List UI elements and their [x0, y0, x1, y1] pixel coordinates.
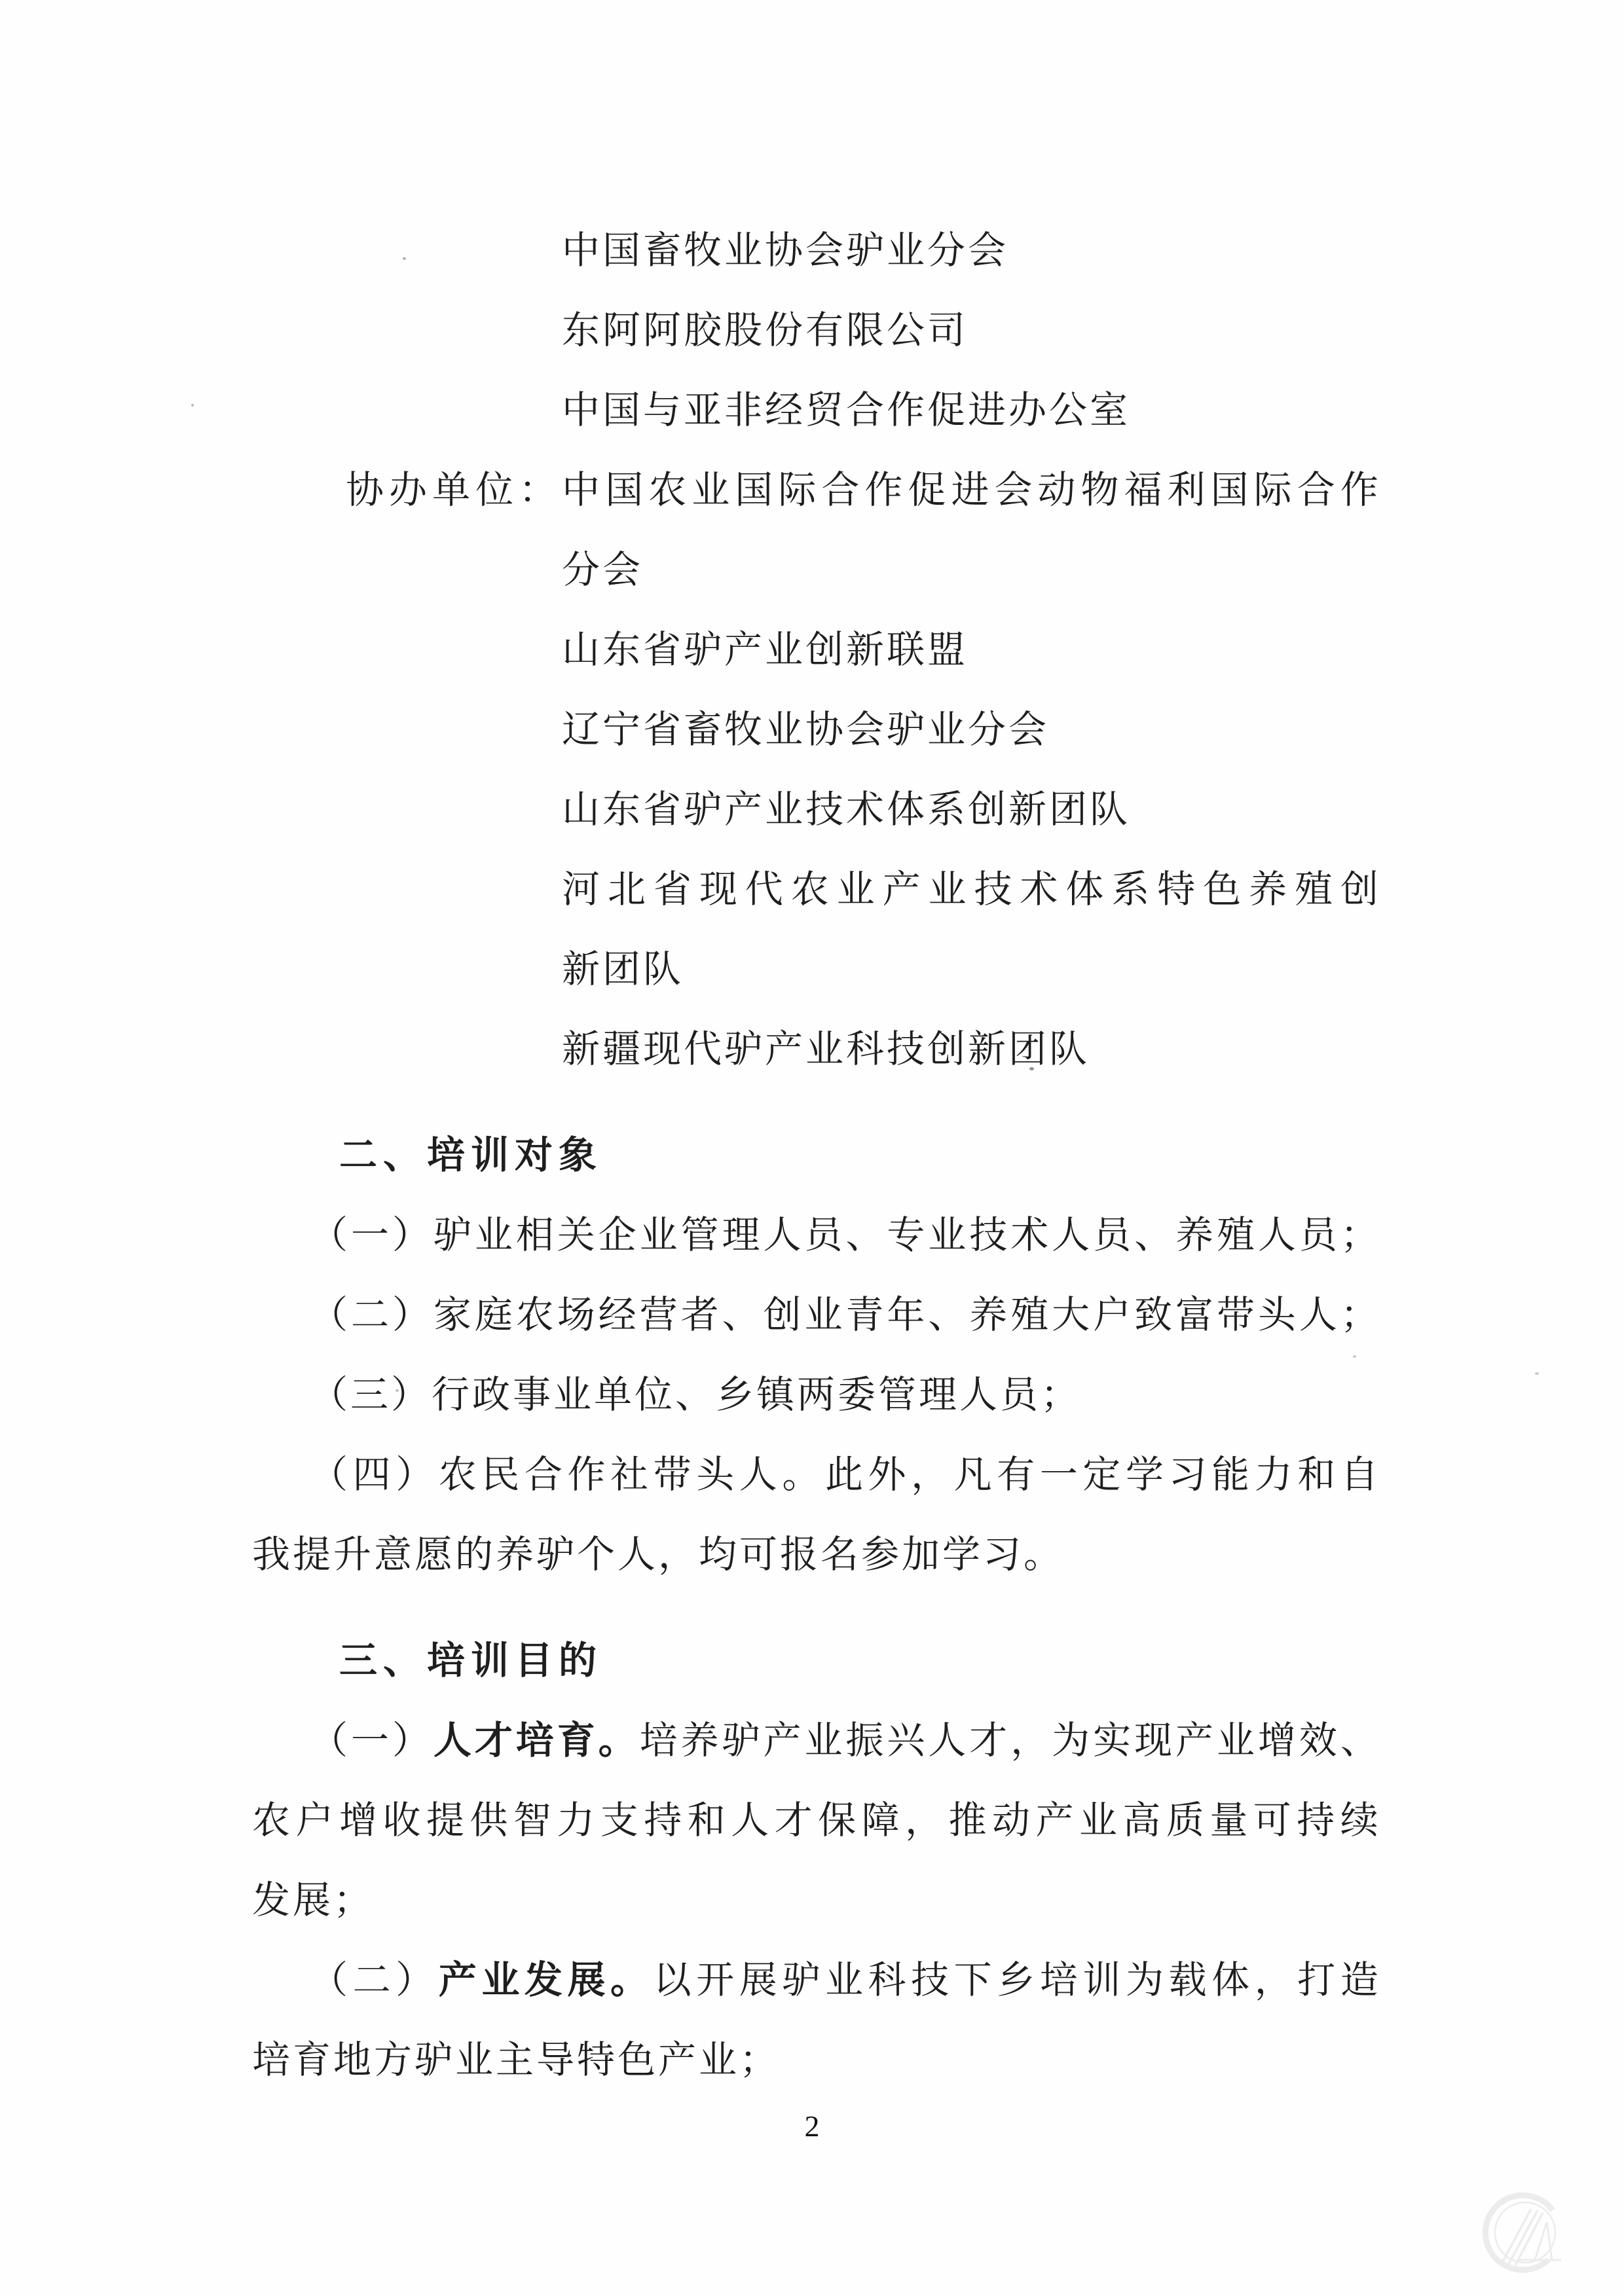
text-run: ， — [1010, 1701, 1048, 1781]
text-run: 续 — [1340, 1781, 1378, 1861]
text-run: 养 — [1175, 1195, 1213, 1275]
text-run: 企 — [599, 1195, 637, 1275]
text-run: 作 — [1340, 450, 1378, 530]
text-line: （三）行政事业单位、乡镇两委管理人员； — [252, 1355, 1378, 1435]
text-run: 产 — [883, 850, 921, 930]
text-run: 可 — [1253, 1781, 1291, 1861]
text-run: 国 — [1211, 450, 1249, 530]
text-run: 体 — [1211, 1941, 1249, 2020]
text-run: 人 — [731, 1781, 769, 1861]
text-run: 农 — [439, 1435, 477, 1515]
text-run: 系 — [1111, 850, 1149, 930]
text-run: 致 — [1134, 1275, 1172, 1355]
text-run: 定 — [1082, 1435, 1120, 1515]
text-run: 、 — [1134, 1195, 1172, 1275]
text-run: 大 — [1052, 1275, 1090, 1355]
text-run: 代 — [745, 850, 783, 930]
text-run: 为 — [1126, 1941, 1164, 2020]
text-run: 有 — [997, 1435, 1035, 1515]
text-run: 术 — [1020, 850, 1058, 930]
text-run: 现 — [699, 850, 737, 930]
bold-text-run: 才 — [475, 1701, 513, 1781]
text-run: 增 — [1258, 1701, 1296, 1781]
text-run: 增 — [339, 1781, 377, 1861]
text-run: ， — [1255, 1941, 1293, 2020]
text-run: 合 — [821, 450, 859, 530]
text-line: 辽宁省畜牧业协会驴业分会 — [252, 690, 1378, 770]
text-run: 效 — [1299, 1701, 1337, 1781]
bold-text-run: 业 — [481, 1941, 519, 2020]
text-run: 才 — [775, 1781, 813, 1861]
bold-text-run: 产 — [439, 1941, 477, 2020]
text-run: ， — [911, 1435, 949, 1515]
text-line: （一）驴业相关企业管理人员、专业技术人员、养殖人员； — [252, 1195, 1378, 1275]
text-line: （二）家庭农场经营者、创业青年、养殖大户致富带头人； — [252, 1275, 1378, 1355]
scan-speck — [191, 404, 194, 407]
text-run: 支 — [600, 1781, 638, 1861]
text-run: 农 — [516, 1275, 554, 1355]
scan-speck — [403, 257, 406, 260]
text-line: 发展； — [252, 1861, 1378, 1941]
text-run: 和 — [688, 1781, 726, 1861]
text-run: 凡 — [954, 1435, 992, 1515]
text-run: 以 — [654, 1941, 692, 2020]
text-run: 协 — [346, 450, 384, 530]
text-run: 。 — [782, 1435, 820, 1515]
text-run: 能 — [1211, 1435, 1249, 1515]
text-run: 头 — [1258, 1275, 1296, 1355]
text-line: 山东省驴产业技术体系创新团队 — [252, 770, 1378, 850]
text-run: ， — [905, 1781, 943, 1861]
text-run: 动 — [992, 1781, 1030, 1861]
text-line: 河北省现代农业产业技术体系特色养殖创 — [252, 850, 1378, 930]
text-run: 产 — [1035, 1781, 1073, 1861]
text-run: （ — [310, 1195, 348, 1275]
text-run: （三）行政事业单位、乡镇两委管理人员； — [310, 1374, 1081, 1416]
text-run: 动 — [1038, 450, 1076, 530]
text-run: 产 — [1175, 1701, 1213, 1781]
text-run: 、 — [928, 1275, 966, 1355]
text-run: ； — [1340, 1275, 1378, 1355]
text-run: 特 — [1157, 850, 1195, 930]
text-run: 我提升意愿的养驴个人，均可报名参加学习。 — [252, 1533, 1064, 1576]
text-run: 二 — [351, 1275, 389, 1355]
text-run: 物 — [1081, 450, 1119, 530]
text-run: 员 — [1093, 1195, 1131, 1275]
text-run: 质 — [1166, 1781, 1204, 1861]
text-run: 人 — [1052, 1195, 1090, 1275]
text-run: 河 — [562, 850, 600, 930]
text-run: 国 — [735, 450, 773, 530]
text-run: 提 — [426, 1781, 464, 1861]
text-line: 新团队 — [252, 930, 1378, 1010]
text-run: 、 — [845, 1195, 883, 1275]
text-run: 富 — [1175, 1275, 1213, 1355]
text-run: 力 — [1255, 1435, 1293, 1515]
text-run: 福 — [1124, 450, 1162, 530]
scan-speck — [1029, 1067, 1034, 1070]
text-run: 智 — [513, 1781, 551, 1861]
text-run: 新团队 — [562, 948, 684, 991]
text-run: 开 — [696, 1941, 734, 2020]
text-run: 社 — [610, 1435, 648, 1515]
text-run: 养 — [1249, 850, 1287, 930]
text-run: 科 — [868, 1941, 906, 2020]
text-run: 殖 — [1295, 850, 1333, 930]
text-run: 民 — [481, 1435, 519, 1515]
text-run: 持 — [644, 1781, 682, 1861]
text-run: 障 — [862, 1781, 900, 1861]
document-body: 中国畜牧业协会驴业分会东阿阿胶股份有限公司中国与亚非经贸合作促进办公室协办单位：… — [252, 211, 1378, 2100]
text-line: 协办单位：中国农业国际合作促进会动物福利国际合作 — [252, 450, 1378, 530]
text-run: 北 — [608, 850, 646, 930]
text-run: 驴 — [434, 1195, 471, 1275]
text-run: 东阿阿胶股份有限公司 — [562, 309, 968, 352]
text-run: 业 — [1217, 1701, 1255, 1781]
bold-text-run: 。 — [599, 1701, 637, 1781]
text-run: 庭 — [475, 1275, 513, 1355]
text-run: 一 — [351, 1195, 389, 1275]
text-run: 员 — [804, 1195, 842, 1275]
text-run: 促 — [908, 450, 946, 530]
text-run: 分会 — [562, 549, 643, 591]
text-run: 管 — [681, 1195, 719, 1275]
text-run: 养 — [969, 1275, 1007, 1355]
text-run: 术 — [1010, 1195, 1048, 1275]
text-run: 一 — [351, 1701, 389, 1781]
text-run: 创 — [1340, 850, 1378, 930]
text-run: 业 — [804, 1275, 842, 1355]
text-run: 际 — [1254, 450, 1292, 530]
text-run: 专 — [887, 1195, 925, 1275]
text-run: 培育地方驴业主导特色产业； — [252, 2039, 780, 2081]
text-run: 为 — [1052, 1701, 1090, 1781]
text-run: 业 — [825, 1941, 863, 2020]
text-run: 者 — [681, 1275, 719, 1355]
text-run: ） — [392, 1701, 430, 1781]
text-run: ） — [396, 1941, 434, 2020]
text-run: 量 — [1209, 1781, 1247, 1861]
text-run: 农 — [252, 1781, 290, 1861]
text-run: 场 — [557, 1275, 595, 1355]
text-run: 山东省驴产业技术体系创新团队 — [562, 788, 1130, 831]
text-run: 山东省驴产业创新联盟 — [562, 629, 968, 671]
text-run: 习 — [1169, 1435, 1207, 1515]
scan-speck — [396, 1389, 399, 1392]
text-run: 农 — [791, 850, 829, 930]
text-run: 业 — [692, 450, 729, 530]
text-run: 现 — [1134, 1701, 1172, 1781]
section-heading: 二、培训对象 — [252, 1116, 1378, 1195]
text-run: 持 — [1297, 1781, 1335, 1861]
text-run: 作 — [567, 1435, 605, 1515]
text-run: 实 — [1093, 1701, 1131, 1781]
text-run: 创 — [763, 1275, 801, 1355]
text-run: 员 — [1299, 1195, 1337, 1275]
text-run: 推 — [949, 1781, 987, 1861]
text-run: 营 — [640, 1275, 678, 1355]
watermark-logo — [1477, 2192, 1569, 2284]
text-run: 和 — [1297, 1435, 1335, 1515]
text-run: （ — [310, 1701, 348, 1781]
text-run: 二 — [353, 1941, 391, 2020]
text-run: 业 — [1079, 1781, 1117, 1861]
text-run: 省 — [654, 850, 692, 930]
text-line: （一）人才培育。培养驴产业振兴人才，为实现产业增效、 — [252, 1701, 1378, 1781]
text-run: 打 — [1297, 1941, 1335, 2020]
text-run: 理 — [722, 1195, 760, 1275]
text-run: 户 — [295, 1781, 333, 1861]
text-run: 中国与亚非经贸合作促进办公室 — [562, 389, 1130, 431]
text-run: 下 — [954, 1941, 992, 2020]
text-run: 合 — [525, 1435, 563, 1515]
text-run: 、 — [722, 1275, 760, 1355]
text-run: 训 — [1082, 1941, 1120, 2020]
text-run: 相 — [516, 1195, 554, 1275]
text-run: 学 — [1126, 1435, 1164, 1515]
text-run: 技 — [974, 850, 1012, 930]
text-run: 年 — [887, 1275, 925, 1355]
page-number: 2 — [0, 2107, 1624, 2146]
text-run: 业 — [837, 850, 875, 930]
bold-text-run: 二、培训对象 — [339, 1134, 602, 1176]
scan-speck — [1535, 1372, 1539, 1375]
text-run: 人 — [1258, 1195, 1296, 1275]
text-run: ） — [392, 1275, 430, 1355]
text-run: 利 — [1168, 450, 1206, 530]
text-run: 外 — [868, 1435, 906, 1515]
text-run: 发展； — [252, 1879, 374, 1922]
text-run: （ — [310, 1435, 348, 1515]
text-run: 合 — [1297, 450, 1335, 530]
text-run: 色 — [1203, 850, 1241, 930]
text-run: 人 — [763, 1195, 801, 1275]
text-run: 供 — [470, 1781, 507, 1861]
text-run: 中国畜牧业协会驴业分会 — [562, 229, 1008, 272]
text-line: 中国畜牧业协会驴业分会 — [252, 211, 1378, 291]
text-run: 殖 — [1217, 1195, 1255, 1275]
text-run: 经 — [599, 1275, 637, 1355]
text-run: 人 — [739, 1435, 777, 1515]
text-run: 带 — [654, 1435, 692, 1515]
text-run: 技 — [911, 1941, 949, 2020]
text-run: ） — [392, 1195, 430, 1275]
text-run: 际 — [778, 450, 816, 530]
bold-text-run: 展 — [567, 1941, 605, 2020]
text-run: 单 — [432, 450, 470, 530]
text-run: 关 — [557, 1195, 595, 1275]
bold-text-run: 人 — [434, 1701, 471, 1781]
text-run: 带 — [1217, 1275, 1255, 1355]
text-line: 分会 — [252, 530, 1378, 610]
text-run: 业 — [928, 1195, 966, 1275]
bold-text-run: 。 — [610, 1941, 648, 2020]
text-run: 一 — [1040, 1435, 1078, 1515]
text-run: 业 — [640, 1195, 678, 1275]
text-line: 培育地方驴业主导特色产业； — [252, 2020, 1378, 2100]
text-run: 四 — [353, 1435, 391, 1515]
text-run: 兴 — [887, 1701, 925, 1781]
text-run: 展 — [739, 1941, 777, 2020]
text-run: 此 — [825, 1435, 863, 1515]
text-run: 自 — [1340, 1435, 1378, 1515]
text-line: 我提升意愿的养驴个人，均可报名参加学习。 — [252, 1515, 1378, 1595]
section-heading: 三、培训目的 — [252, 1621, 1378, 1701]
text-run: 位 — [475, 450, 513, 530]
text-run: 进 — [951, 450, 989, 530]
text-run: 人 — [1299, 1275, 1337, 1355]
document-page: 中国畜牧业协会驴业分会东阿阿胶股份有限公司中国与亚非经贸合作促进办公室协办单位：… — [0, 0, 1624, 2296]
text-line: 农户增收提供智力支持和人才保障，推动产业高质量可持续 — [252, 1781, 1378, 1861]
text-run: 驴 — [722, 1701, 760, 1781]
text-run: 辽宁省畜牧业协会驴业分会 — [562, 708, 1049, 751]
text-run: 技 — [969, 1195, 1007, 1275]
text-line: 东阿阿胶股份有限公司 — [252, 291, 1378, 371]
text-run: 力 — [557, 1781, 595, 1861]
text-run: 才 — [969, 1701, 1007, 1781]
text-run: 会 — [994, 450, 1032, 530]
text-run: 业 — [804, 1701, 842, 1781]
bold-text-run: 育 — [557, 1701, 595, 1781]
bold-text-run: 培 — [516, 1701, 554, 1781]
text-run: 中 — [562, 450, 600, 530]
text-run: 体 — [1065, 850, 1103, 930]
text-run: 振 — [845, 1701, 883, 1781]
text-run: 收 — [382, 1781, 420, 1861]
text-run: 养 — [681, 1701, 719, 1781]
text-run: 培 — [1040, 1941, 1078, 2020]
text-run: 培 — [640, 1701, 678, 1781]
text-run: 高 — [1122, 1781, 1160, 1861]
text-run: 业 — [929, 850, 967, 930]
text-line: 新疆现代驴产业科技创新团队 — [252, 1010, 1378, 1089]
text-run: 作 — [864, 450, 902, 530]
text-run: 人 — [928, 1701, 966, 1781]
text-run: 保 — [818, 1781, 856, 1861]
text-line: （二）产业发展。以开展驴业科技下乡培训为载体，打造 — [252, 1941, 1378, 2020]
text-run: 农 — [648, 450, 686, 530]
text-run: ） — [396, 1435, 434, 1515]
text-run: 驴 — [782, 1941, 820, 2020]
text-line: 中国与亚非经贸合作促进办公室 — [252, 371, 1378, 450]
text-run: 产 — [763, 1701, 801, 1781]
text-run: 家 — [434, 1275, 471, 1355]
scan-speck — [1353, 1355, 1356, 1358]
text-line: 山东省驴产业创新联盟 — [252, 610, 1378, 690]
text-run: 、 — [1340, 1701, 1378, 1781]
text-run: 新疆现代驴产业科技创新团队 — [562, 1028, 1090, 1070]
text-run: 造 — [1340, 1941, 1378, 2020]
text-line: （四）农民合作社带头人。此外，凡有一定学习能力和自 — [252, 1435, 1378, 1515]
text-run: ； — [1340, 1195, 1378, 1275]
text-run: 乡 — [997, 1941, 1035, 2020]
text-run: 殖 — [1010, 1275, 1048, 1355]
text-run: （ — [310, 1941, 348, 2020]
text-run: 国 — [605, 450, 643, 530]
text-run: 办 — [389, 450, 427, 530]
text-run: 载 — [1169, 1941, 1207, 2020]
text-run: 业 — [475, 1195, 513, 1275]
bold-text-run: 发 — [525, 1941, 563, 2020]
text-run: 头 — [696, 1435, 734, 1515]
text-run: ： — [519, 450, 557, 530]
text-run: 户 — [1093, 1275, 1131, 1355]
text-run: （ — [310, 1275, 348, 1355]
bold-text-run: 三、培训目的 — [339, 1639, 602, 1682]
text-run: 青 — [845, 1275, 883, 1355]
